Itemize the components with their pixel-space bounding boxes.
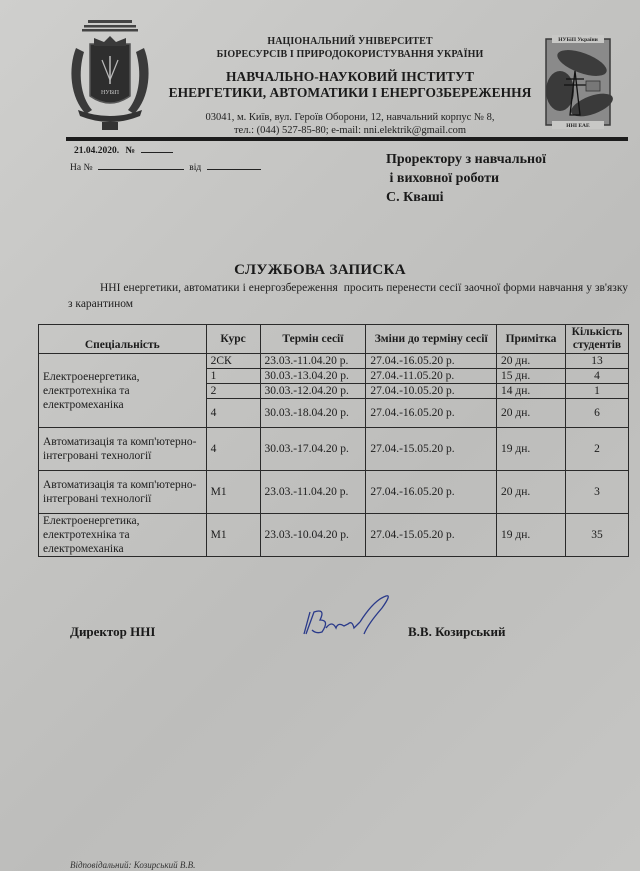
memo-body: ННІ енергетики, автоматики і енергозбере… (68, 280, 628, 312)
session-schedule-table: Спеціальність Курс Термін сесії Зміни до… (38, 324, 629, 557)
note-cell: 20 дн. (497, 399, 566, 428)
course-cell: М1 (206, 514, 260, 557)
term-cell: 23.03.-10.04.20 р. (260, 514, 366, 557)
signatory-name: В.В. Козирський (408, 624, 505, 640)
change-cell: 27.04.-16.05.20 р. (366, 399, 497, 428)
svg-text:НУБіП: НУБіП (101, 90, 120, 96)
contact-line: тел.: (044) 527-85-80; e-mail: nni.elekt… (170, 125, 530, 138)
note-cell: 19 дн. (497, 514, 566, 557)
table-header-row: Спеціальність Курс Термін сесії Зміни до… (39, 325, 629, 354)
signatory-title: Директор ННІ (70, 624, 155, 640)
note-cell: 14 дн. (497, 384, 566, 399)
address-line: 03041, м. Київ, вул. Героїв Оборони, 12,… (170, 112, 530, 125)
document-date: 21.04.2020. (74, 146, 119, 156)
column-header-note: Примітка (497, 325, 566, 354)
institute-logo: НУБіП України ННІ ЕАЕ (542, 33, 614, 133)
institute-name: НАВЧАЛЬНО-НАУКОВИЙ ІНСТИТУТ ЕНЕРГЕТИКИ, … (150, 69, 550, 101)
reference-number-blank (98, 161, 184, 170)
course-cell: 4 (206, 399, 260, 428)
column-header-session-term: Термін сесії (260, 325, 366, 354)
note-cell: 15 дн. (497, 369, 566, 384)
column-header-student-count: Кількість студентів (565, 325, 628, 354)
note-cell: 19 дн. (497, 428, 566, 471)
institute-name-line1: НАВЧАЛЬНО-НАУКОВИЙ ІНСТИТУТ (150, 69, 550, 85)
course-cell: 1 (206, 369, 260, 384)
students-cell: 6 (565, 399, 628, 428)
reference-date-label: від (189, 163, 201, 173)
reference-date-blank (207, 161, 261, 170)
university-emblem-logo: НУБіП (64, 18, 156, 136)
students-cell: 3 (565, 471, 628, 514)
header-divider (66, 137, 628, 141)
students-cell: 1 (565, 384, 628, 399)
course-cell: 4 (206, 428, 260, 471)
students-cell: 35 (565, 514, 628, 557)
change-cell: 27.04.-10.05.20 р. (366, 384, 497, 399)
table-row: Електроенергетика, електротехніка та еле… (39, 354, 629, 369)
change-cell: 27.04.-16.05.20 р. (366, 471, 497, 514)
institute-address: 03041, м. Київ, вул. Героїв Оборони, 12,… (170, 112, 530, 137)
course-cell: 2СК (206, 354, 260, 369)
addressee-line: і виховної роботи (386, 169, 546, 188)
specialty-cell: Електроенергетика, електротехніка та еле… (39, 354, 207, 428)
university-name-line2: БІОРЕСУРСІВ І ПРИРОДОКОРИСТУВАННЯ УКРАЇН… (170, 49, 530, 62)
note-cell: 20 дн. (497, 471, 566, 514)
addressee-line: Проректору з навчальної (386, 150, 546, 169)
students-cell: 4 (565, 369, 628, 384)
term-cell: 30.03.-13.04.20 р. (260, 369, 366, 384)
specialty-cell: Автоматизація та комп'ютерно-інтегровані… (39, 428, 207, 471)
course-cell: 2 (206, 384, 260, 399)
column-header-course: Курс (206, 325, 260, 354)
reference-registration: На № від (70, 161, 264, 173)
institute-name-line2: ЕНЕРГЕТИКИ, АВТОМАТИКИ І ЕНЕРГОЗБЕРЕЖЕНН… (150, 85, 550, 101)
table-row: Автоматизація та комп'ютерно-інтегровані… (39, 471, 629, 514)
university-name: НАЦІОНАЛЬНИЙ УНІВЕРСИТЕТ БІОРЕСУРСІВ І П… (170, 36, 530, 61)
change-cell: 27.04.-15.05.20 р. (366, 514, 497, 557)
handwritten-signature (296, 590, 396, 646)
course-cell: М1 (206, 471, 260, 514)
outgoing-registration: 21.04.2020. № (74, 144, 173, 156)
addressee-block: Проректору з навчальної і виховної робот… (386, 150, 546, 207)
change-cell: 27.04.-15.05.20 р. (366, 428, 497, 471)
note-cell: 20 дн. (497, 354, 566, 369)
term-cell: 23.03.-11.04.20 р. (260, 471, 366, 514)
term-cell: 30.03.-17.04.20 р. (260, 428, 366, 471)
specialty-cell: Електроенергетика, електротехніка та еле… (39, 514, 207, 557)
column-header-specialty: Спеціальність (39, 325, 207, 354)
term-cell: 23.03.-11.04.20 р. (260, 354, 366, 369)
table-row: Автоматизація та комп'ютерно-інтегровані… (39, 428, 629, 471)
table-row: Електроенергетика, електротехніка та еле… (39, 514, 629, 557)
memo-document: НУБіП НАЦІОНАЛЬНИЙ УНІВЕРСИТЕТ БІОРЕСУРС… (0, 0, 640, 871)
students-cell: 2 (565, 428, 628, 471)
change-cell: 27.04.-16.05.20 р. (366, 354, 497, 369)
students-cell: 13 (565, 354, 628, 369)
university-name-line1: НАЦІОНАЛЬНИЙ УНІВЕРСИТЕТ (170, 36, 530, 49)
term-cell: 30.03.-12.04.20 р. (260, 384, 366, 399)
addressee-name: С. Кваші (386, 188, 546, 207)
change-cell: 27.04.-11.05.20 р. (366, 369, 497, 384)
responsible-person-note: Відповідальний: Козирський В.В. (70, 860, 195, 870)
reference-number-label: На № (70, 163, 93, 173)
number-blank (141, 144, 173, 153)
svg-text:ННІ ЕАЕ: ННІ ЕАЕ (566, 123, 590, 129)
term-cell: 30.03.-18.04.20 р. (260, 399, 366, 428)
svg-text:НУБіП України: НУБіП України (558, 37, 598, 43)
memo-title: СЛУЖБОВА ЗАПИСКА (0, 262, 640, 279)
specialty-cell: Автоматизація та комп'ютерно-інтегровані… (39, 471, 207, 514)
number-label: № (126, 146, 136, 156)
column-header-session-change: Зміни до терміну сесії (366, 325, 497, 354)
